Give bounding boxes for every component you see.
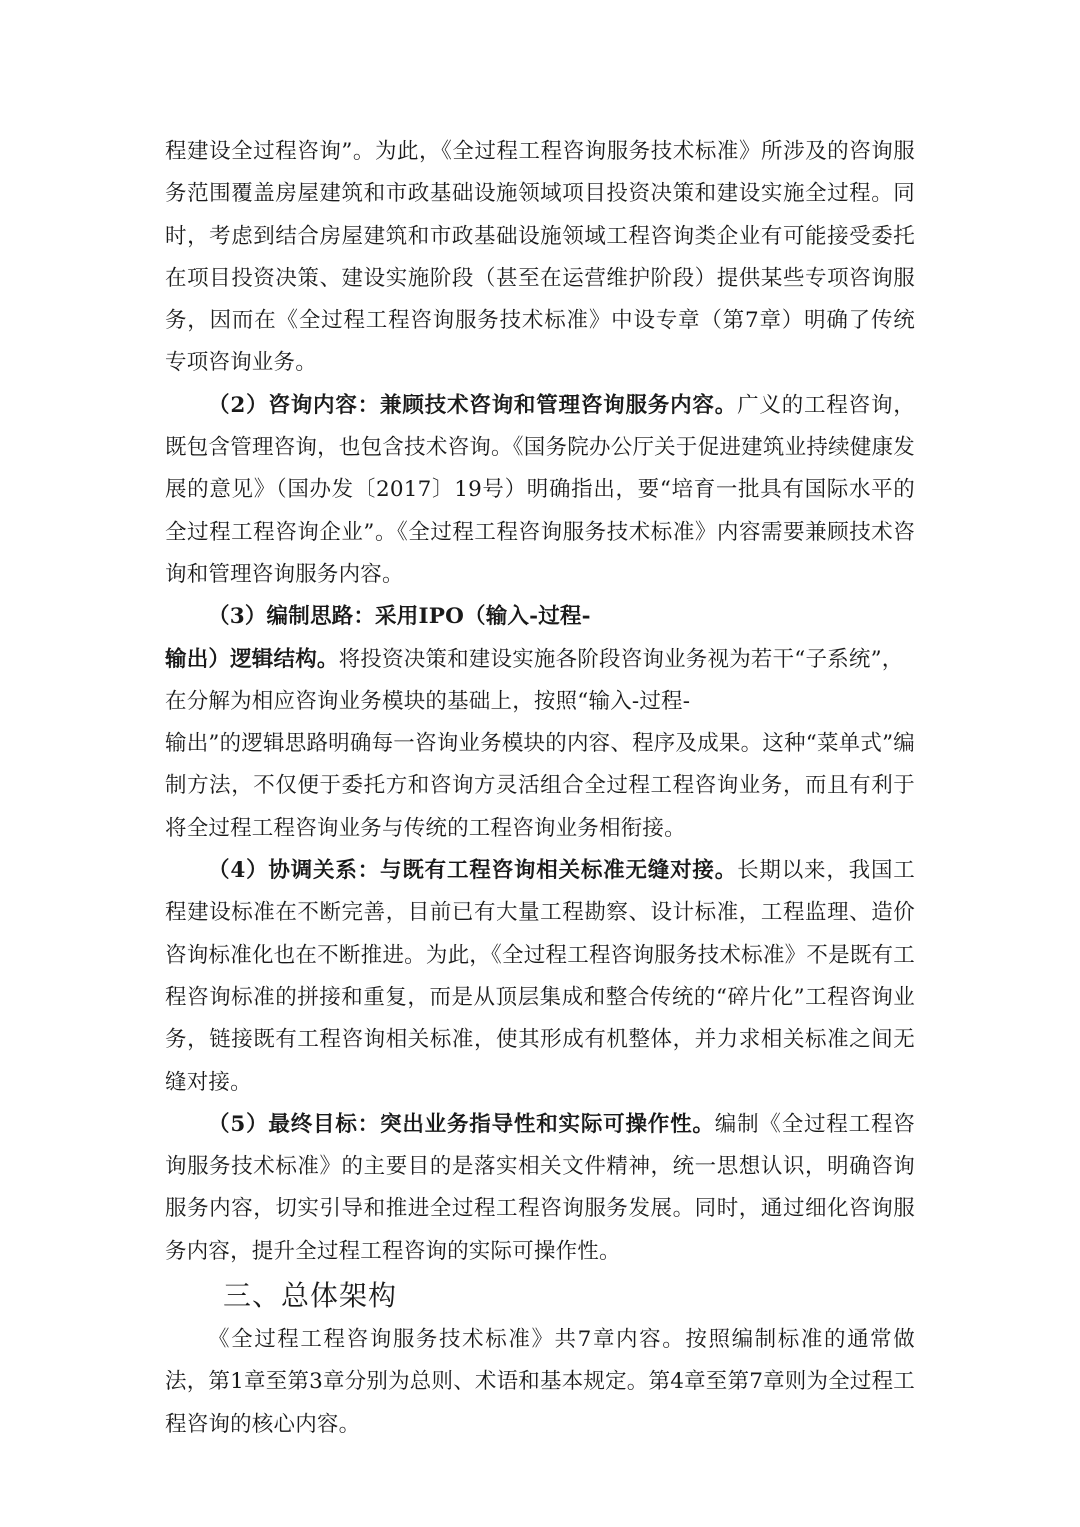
paragraph-consulting-content: （2）咨询内容：兼顾技术咨询和管理咨询服务内容。广义的工程咨询，既包含管理咨询，…	[165, 385, 915, 596]
paragraph-body: 广义的工程咨询，既包含管理咨询，也包含技术咨询。《国务院办公厅关于促进建筑业持续…	[165, 393, 915, 587]
paragraph-lead: （4）协调关系：与既有工程咨询相关标准无缝对接。	[208, 858, 737, 883]
paragraph-final-goal: （5）最终目标：突出业务指导性和实际可操作性。编制《全过程工程咨询服务技术标准》…	[165, 1104, 915, 1273]
paragraph-body-b: 输出”的逻辑思路明确每一咨询业务模块的内容、程序及成果。这种“菜单式”编制方法，…	[165, 731, 915, 841]
paragraph-compilation-approach: （3）编制思路：采用IPO（输入-过程-	[165, 596, 915, 638]
paragraph-compilation-approach-cont2: 输出”的逻辑思路明确每一咨询业务模块的内容、程序及成果。这种“菜单式”编制方法，…	[165, 723, 915, 850]
paragraph-compilation-approach-cont: 输出）逻辑结构。将投资决策和建设实施各阶段咨询业务视为若干“子系统”，在分解为相…	[165, 639, 915, 724]
paragraph-body: 长期以来，我国工程建设标准在不断完善，目前已有大量工程勘察、设计标准，工程监理、…	[165, 858, 915, 1094]
document-page: 程建设全过程咨询”。为此，《全过程工程咨询服务技术标准》所涉及的咨询服务范围覆盖…	[165, 131, 915, 1446]
section-heading: 三、总体架构	[223, 1275, 915, 1317]
paragraph-lead: （5）最终目标：突出业务指导性和实际可操作性。	[208, 1112, 715, 1137]
paragraph-lead: （2）咨询内容：兼顾技术咨询和管理咨询服务内容。	[208, 393, 737, 418]
paragraph-coordination: （4）协调关系：与既有工程咨询相关标准无缝对接。长期以来，我国工程建设标准在不断…	[165, 850, 915, 1104]
paragraph-continuation: 程建设全过程咨询”。为此，《全过程工程咨询服务技术标准》所涉及的咨询服务范围覆盖…	[165, 131, 915, 385]
paragraph-lead-line: （3）编制思路：采用IPO（输入-过程-	[165, 596, 915, 638]
paragraph-overall-structure: 《全过程工程咨询服务技术标准》共7章内容。按照编制标准的通常做法，第1章至第3章…	[165, 1319, 915, 1446]
paragraph-lead-rest: 输出）逻辑结构。	[165, 647, 339, 672]
